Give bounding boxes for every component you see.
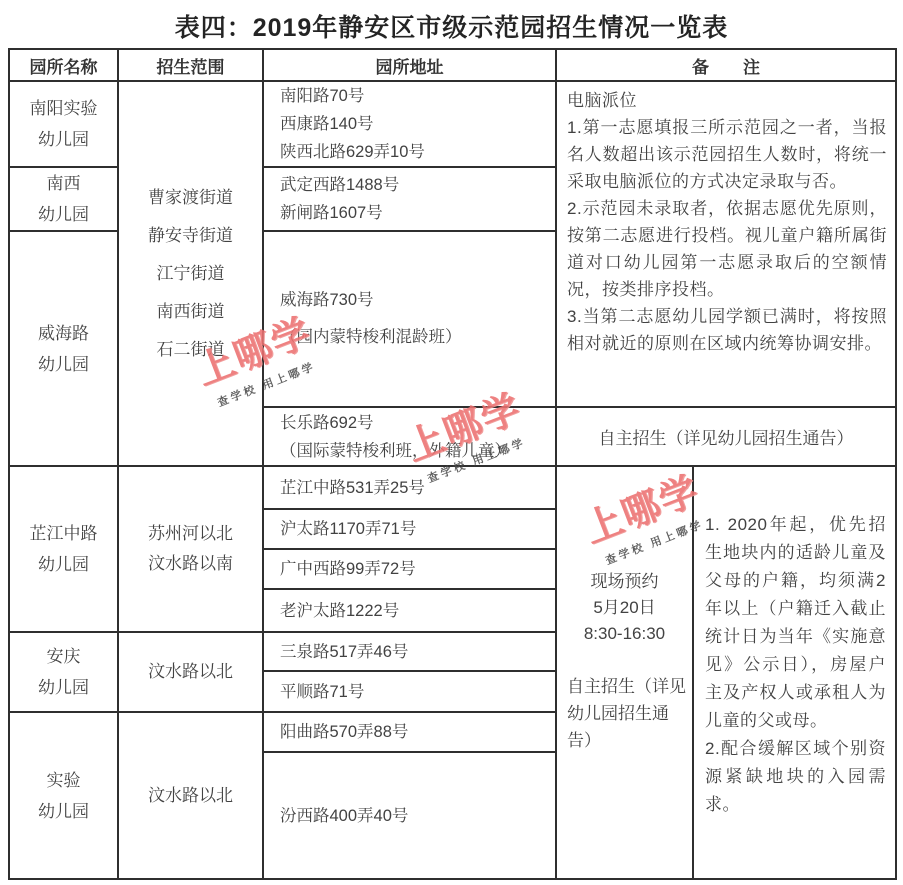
address-row: 阳曲路570弄88号	[263, 712, 556, 752]
header-remarks: 备 注	[556, 49, 896, 81]
kindergarten-zhijiangzhonglu: 芷江中路 幼儿园	[9, 466, 118, 632]
scope-zhijiang: 苏州河以北 汶水路以南	[118, 466, 263, 632]
address-row: 广中西路99弄72号	[263, 549, 556, 589]
scope-top-streets: 曹家渡街道 静安寺街道 江宁街道 南西街道 石二街道	[118, 81, 263, 466]
address-group-3: 威海路730号 （园内蒙特梭利混龄班）	[263, 231, 556, 407]
header-enrollment-scope: 招生范围	[118, 49, 263, 81]
remarks-onsite-reservation: 现场预约 5月20日 8:30-16:30 自主招生（详见幼儿园招生通告）	[556, 466, 693, 879]
table-row: 南阳实验 幼儿园 曹家渡街道 静安寺街道 江宁街道 南西街道 石二街道 南阳路7…	[9, 81, 896, 167]
address-group-1: 南阳路70号 西康路140号 陕西北路629弄10号	[263, 81, 556, 167]
remarks-computer-lottery: 电脑派位 1.第一志愿填报三所示范园之一者，当报名人数超出该示范园招生人数时，将…	[556, 81, 896, 407]
kindergarten-nanyang-shiyan: 南阳实验 幼儿园	[9, 81, 118, 167]
header-row: 园所名称 招生范围 园所地址 备 注	[9, 49, 896, 81]
scope-shiyan: 汶水路以北	[118, 712, 263, 879]
address-group-4: 长乐路692号 （国际蒙特梭利班，外籍儿童）	[263, 407, 556, 466]
address-row: 老沪太路1222号	[263, 589, 556, 632]
remarks-independent-enrollment: 自主招生（详见幼儿园招生通告）	[556, 407, 896, 466]
kindergarten-nanxi: 南西 幼儿园	[9, 167, 118, 231]
address-row: 三泉路517弄46号	[263, 632, 556, 671]
remarks-priority-rules: 1. 2020年起，优先招生地块内的适龄儿童及父母的户籍，均须满2年以上（户籍迁…	[693, 466, 896, 879]
enrollment-table: 园所名称 招生范围 园所地址 备 注 南阳实验 幼儿园 曹家渡街道 静安寺街道 …	[8, 48, 897, 880]
kindergarten-weihailu: 威海路 幼儿园	[9, 231, 118, 466]
page-title: 表四：2019年静安区市级示范园招生情况一览表	[0, 8, 903, 44]
reservation-info: 现场预约 5月20日 8:30-16:30	[557, 569, 692, 647]
admission-info: 自主招生（详见幼儿园招生通告）	[567, 673, 686, 754]
scope-anqing: 汶水路以北	[118, 632, 263, 712]
header-address: 园所地址	[263, 49, 556, 81]
kindergarten-shiyan: 实验 幼儿园	[9, 712, 118, 879]
address-row: 汾西路400弄40号	[263, 752, 556, 879]
kindergarten-anqing: 安庆 幼儿园	[9, 632, 118, 712]
address-group-2: 武定西路1488号 新闸路1607号	[263, 167, 556, 231]
address-row: 芷江中路531弄25号	[263, 466, 556, 509]
header-kindergarten-name: 园所名称	[9, 49, 118, 81]
address-row: 平顺路71号	[263, 671, 556, 712]
table-row: 芷江中路 幼儿园 苏州河以北 汶水路以南 芷江中路531弄25号 现场预约 5月…	[9, 466, 896, 509]
address-row: 沪太路1170弄71号	[263, 509, 556, 549]
